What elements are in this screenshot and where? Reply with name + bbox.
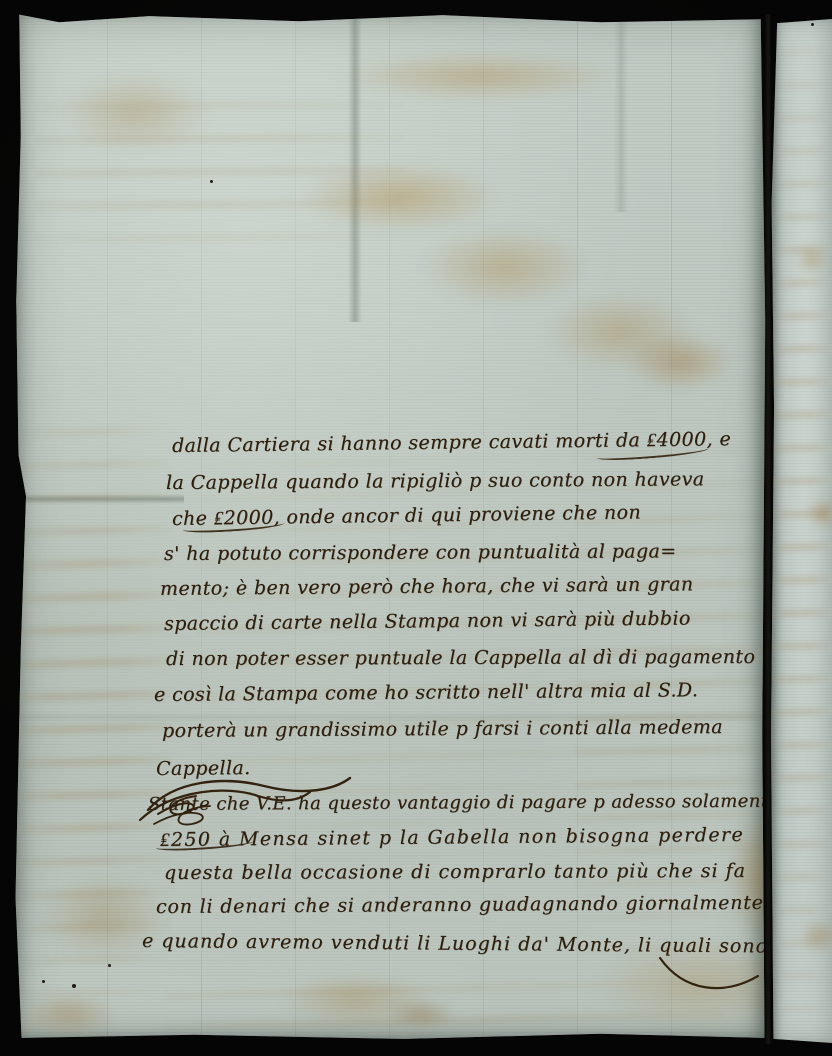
bleedthrough-text [775, 29, 829, 1029]
manuscript-line-8: e così la Stampa come ho scritto nell' a… [154, 679, 698, 706]
manuscript-line-6: spaccio di carte nella Stampa non vi sar… [164, 607, 691, 635]
paper-stain [340, 52, 620, 100]
manuscript-line-15: e quando avremo venduti li Luoghi da' Mo… [142, 930, 768, 957]
paper-stain [809, 499, 832, 527]
fold-crease-vertical [348, 12, 362, 322]
manuscript-line-13: questa bella occasione di comprarlo tant… [164, 860, 746, 884]
paper-stain [625, 332, 735, 392]
paper-stain [420, 227, 590, 307]
manuscript-line-2: la Cappella quando la ripigliò p suo con… [166, 468, 705, 494]
paper-stain [795, 244, 829, 274]
manuscript-line-5: mento; è ben vero però che hora, che vi … [160, 573, 694, 600]
bleedthrough-text [33, 84, 406, 260]
paper-stain [18, 992, 118, 1037]
manuscript-line-4: s' ha potuto corrispondere con puntualit… [164, 540, 677, 565]
fold-crease-vertical [614, 12, 628, 212]
paper-stain [300, 162, 500, 232]
manuscript-line-10: Cappella. [156, 757, 251, 780]
bleedthrough-text [22, 410, 172, 996]
manuscript-line-7: di non poter esser puntuale la Cappella … [166, 646, 755, 670]
manuscript-line-11: Stante che V.E. ha questo vantaggio di p… [148, 791, 780, 815]
ink-speck [210, 180, 213, 183]
adjacent-page-edge [771, 19, 832, 1043]
scan-bed: dalla Cartiera si hanno sempre cavati mo… [0, 0, 832, 1056]
paper-stain [386, 1000, 456, 1028]
paper-stain [799, 919, 832, 953]
manuscript-line-9: porterà un grandissimo utile p farsi i c… [162, 716, 723, 742]
ink-speck [811, 23, 814, 26]
fold-crease-horizontal [14, 494, 184, 504]
bleedthrough-text [164, 972, 724, 1042]
manuscript-line-14: con li denari che si anderanno guadagnan… [156, 892, 764, 918]
ink-speck [42, 980, 45, 983]
paper-stain [280, 972, 430, 1027]
binding-gutter [765, 14, 771, 1044]
ink-speck [108, 964, 111, 967]
ink-speck [72, 984, 76, 988]
paper-stain [545, 292, 695, 372]
manuscript-page: dalla Cartiera si hanno sempre cavati mo… [14, 12, 766, 1042]
paper-stain [60, 72, 210, 152]
